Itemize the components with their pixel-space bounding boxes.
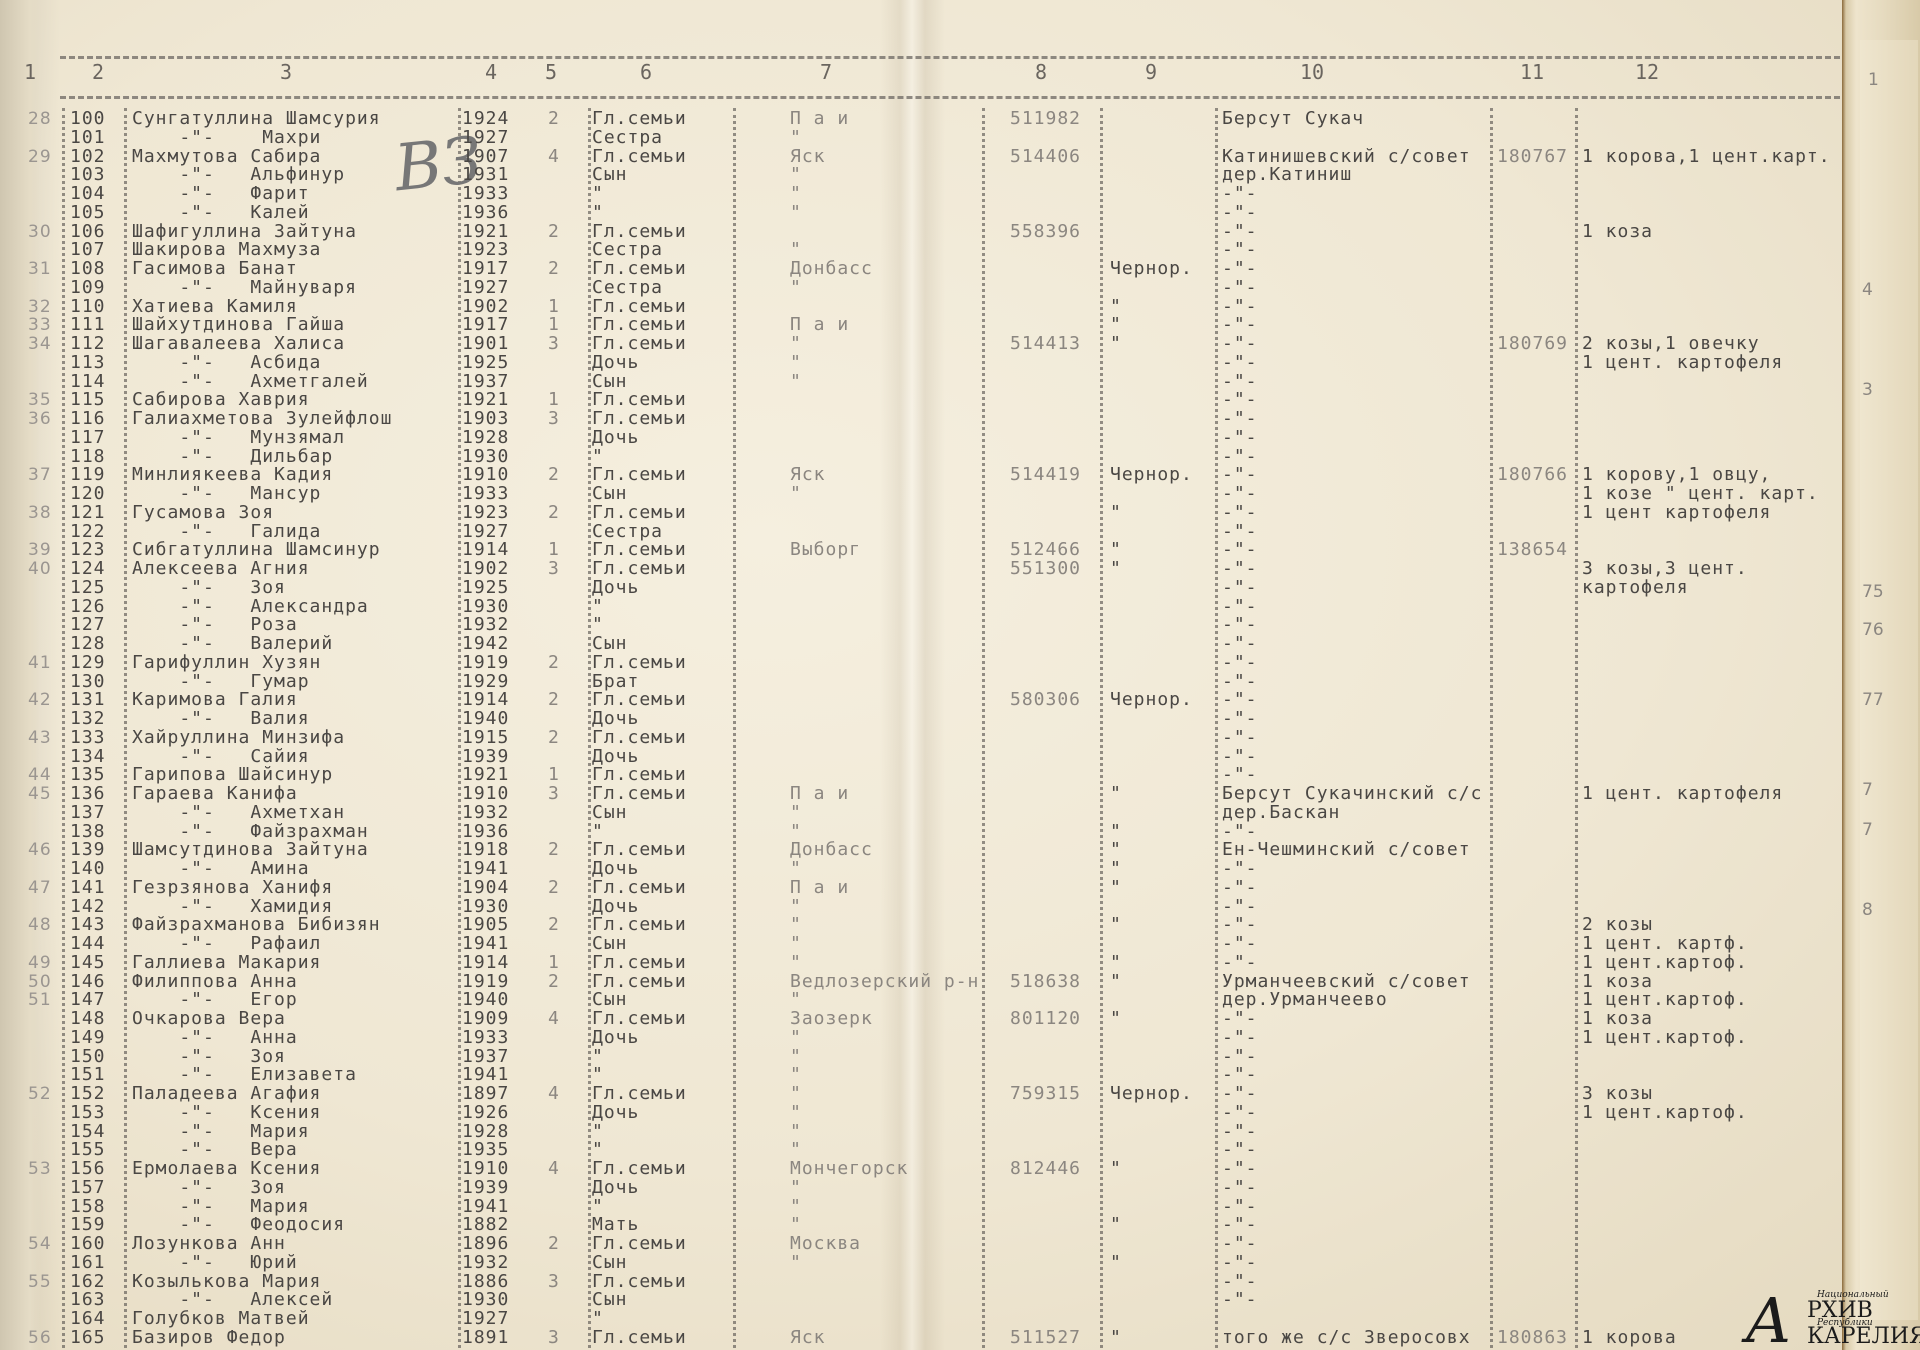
family-size: 4 <box>548 1160 560 1178</box>
secondary-place: " <box>1110 879 1122 897</box>
birth-year: 1914 <box>462 954 509 972</box>
margin-number: 7 <box>1862 780 1873 800</box>
birth-year: 1930 <box>462 898 509 916</box>
birth-year: 1923 <box>462 241 509 259</box>
family-number: 32 <box>28 298 52 316</box>
livestock-note: 2 козы <box>1582 916 1653 934</box>
family-status: " <box>592 1310 604 1328</box>
person-name: Гезрзянова Ханифя <box>132 879 333 897</box>
document-number: 551300 <box>1010 560 1081 578</box>
origin-place: Ведлозерский р-н <box>790 973 979 991</box>
row-number: 135 <box>70 766 106 784</box>
row-number: 103 <box>70 166 106 184</box>
person-name: -"- Ксения <box>132 1104 321 1122</box>
person-name: -"- Ахметхан <box>132 804 345 822</box>
village-soviet: дер.Баскан <box>1222 804 1340 822</box>
person-name: Лозункова Анн <box>132 1235 286 1253</box>
family-status: Дочь <box>592 1029 639 1047</box>
family-status: " <box>592 448 604 466</box>
family-number: 39 <box>28 541 52 559</box>
family-size: 4 <box>548 1085 560 1103</box>
person-name: -"- Юрий <box>132 1254 298 1272</box>
family-number: 40 <box>28 560 52 578</box>
origin-place: " <box>790 204 802 222</box>
village-soviet: Урманчеевский с/совет <box>1222 973 1471 991</box>
village-soviet: -"- <box>1222 504 1258 522</box>
family-status: Дочь <box>592 710 639 728</box>
row-number: 100 <box>70 110 106 128</box>
table-row: 56165Базиров Федор18913Гл.семьиЯск511527… <box>0 1329 1840 1348</box>
document-number: 580306 <box>1010 691 1081 709</box>
birth-year: 1919 <box>462 654 509 672</box>
table-row: 101 -"- Махри1927Сестра" <box>0 129 1840 148</box>
family-status: Дочь <box>592 429 639 447</box>
row-number: 141 <box>70 879 106 897</box>
family-status: " <box>592 1066 604 1084</box>
receipt-number: 138654 <box>1497 541 1568 559</box>
row-number: 115 <box>70 391 106 409</box>
family-status: Гл.семьи <box>592 1235 687 1253</box>
birth-year: 1927 <box>462 129 509 147</box>
family-size: 3 <box>548 785 560 803</box>
birth-year: 1904 <box>462 879 509 897</box>
origin-place: " <box>790 1066 802 1084</box>
birth-year: 1914 <box>462 691 509 709</box>
village-soviet: -"- <box>1222 954 1258 972</box>
family-size: 3 <box>548 1273 560 1291</box>
row-number: 140 <box>70 860 106 878</box>
row-number: 164 <box>70 1310 106 1328</box>
birth-year: 1926 <box>462 1104 509 1122</box>
livestock-note: 1 корову,1 овцу, <box>1582 466 1771 484</box>
family-number: 42 <box>28 691 52 709</box>
row-number: 159 <box>70 1216 106 1234</box>
secondary-place: " <box>1110 504 1122 522</box>
header-bottom-rule <box>60 96 1840 99</box>
archive-stamp-logo: А Национальный РХИВ Республики КАРЕЛИЯ <box>1745 1290 1915 1348</box>
family-status: Гл.семьи <box>592 654 687 672</box>
family-size: 2 <box>548 841 560 859</box>
person-name: -"- Дильбар <box>132 448 333 466</box>
village-soviet: -"- <box>1222 410 1258 428</box>
birth-year: 1921 <box>462 391 509 409</box>
column-header: 12 <box>1635 60 1659 84</box>
village-soviet: -"- <box>1222 1066 1258 1084</box>
birth-year: 1914 <box>462 541 509 559</box>
family-size: 3 <box>548 560 560 578</box>
village-soviet: -"- <box>1222 279 1258 297</box>
birth-year: 1927 <box>462 279 509 297</box>
birth-year: 1930 <box>462 448 509 466</box>
birth-year: 1940 <box>462 991 509 1009</box>
person-name: Каримова Галия <box>132 691 298 709</box>
family-size: 1 <box>548 766 560 784</box>
village-soviet: -"- <box>1222 1198 1258 1216</box>
origin-place: П а и <box>790 785 849 803</box>
person-name: -"- Ахметгалей <box>132 373 369 391</box>
family-size: 1 <box>548 316 560 334</box>
row-number: 162 <box>70 1273 106 1291</box>
village-soviet: -"- <box>1222 1235 1258 1253</box>
village-soviet: -"- <box>1222 579 1258 597</box>
birth-year: 1941 <box>462 935 509 953</box>
birth-year: 1931 <box>462 166 509 184</box>
village-soviet: -"- <box>1222 935 1258 953</box>
family-size: 2 <box>548 691 560 709</box>
table-row: 38121Гусамова Зоя19232Гл.семьи"-"-1 цент… <box>0 504 1840 523</box>
origin-place: Москва <box>790 1235 861 1253</box>
family-size: 2 <box>548 729 560 747</box>
person-name: -"- Елизавета <box>132 1066 357 1084</box>
birth-year: 1918 <box>462 841 509 859</box>
row-number: 157 <box>70 1179 106 1197</box>
person-name: -"- Фарит <box>132 185 310 203</box>
row-number: 104 <box>70 185 106 203</box>
family-size: 2 <box>548 1235 560 1253</box>
person-name: -"- Хамидия <box>132 898 333 916</box>
family-status: Гл.семьи <box>592 879 687 897</box>
person-name: Сунгатуллина Шамсурия <box>132 110 381 128</box>
family-number: 31 <box>28 260 52 278</box>
family-status: Гл.семьи <box>592 1010 687 1028</box>
family-status: Дочь <box>592 748 639 766</box>
birth-year: 1928 <box>462 429 509 447</box>
birth-year: 1930 <box>462 598 509 616</box>
stamp-initial: А <box>1745 1284 1792 1350</box>
secondary-place: " <box>1110 954 1122 972</box>
row-number: 139 <box>70 841 106 859</box>
origin-place: " <box>790 185 802 203</box>
origin-place: П а и <box>790 316 849 334</box>
birth-year: 1886 <box>462 1273 509 1291</box>
family-number: 52 <box>28 1085 52 1103</box>
row-number: 154 <box>70 1123 106 1141</box>
family-status: Сестра <box>592 241 663 259</box>
family-status: Гл.семьи <box>592 729 687 747</box>
family-number: 41 <box>28 654 52 672</box>
family-size: 2 <box>548 654 560 672</box>
underlying-page-strip <box>1860 40 1918 1320</box>
person-name: Галлиева Макария <box>132 954 321 972</box>
village-soviet: -"- <box>1222 1141 1258 1159</box>
family-status: " <box>592 1198 604 1216</box>
birth-year: 1917 <box>462 260 509 278</box>
origin-place: " <box>790 1141 802 1159</box>
family-number: 30 <box>28 223 52 241</box>
row-number: 136 <box>70 785 106 803</box>
livestock-note: 1 козе " цент. карт. <box>1582 485 1819 503</box>
origin-place: Яск <box>790 148 826 166</box>
village-soviet: -"- <box>1222 223 1258 241</box>
person-name: Филиппова Анна <box>132 973 298 991</box>
village-soviet: Катинишевский с/совет <box>1222 148 1471 166</box>
family-status: Гл.семьи <box>592 916 687 934</box>
livestock-note: 1 коза <box>1582 223 1653 241</box>
column-header: 5 <box>545 60 557 84</box>
row-number: 150 <box>70 1048 106 1066</box>
village-soviet: -"- <box>1222 1254 1258 1272</box>
column-header: 8 <box>1035 60 1047 84</box>
row-number: 118 <box>70 448 106 466</box>
birth-year: 1935 <box>462 1141 509 1159</box>
family-status: Дочь <box>592 354 639 372</box>
livestock-note: 3 козы <box>1582 1085 1653 1103</box>
family-status: Сын <box>592 804 628 822</box>
village-soviet: -"- <box>1222 673 1258 691</box>
family-status: " <box>592 616 604 634</box>
document-number: 759315 <box>1010 1085 1081 1103</box>
column-header: 9 <box>1145 60 1157 84</box>
family-number: 47 <box>28 879 52 897</box>
village-soviet: -"- <box>1222 391 1258 409</box>
origin-place: Донбасс <box>790 260 873 278</box>
person-name: Алексеева Агния <box>132 560 310 578</box>
birth-year: 1915 <box>462 729 509 747</box>
birth-year: 1939 <box>462 1179 509 1197</box>
origin-place: " <box>790 1123 802 1141</box>
row-number: 158 <box>70 1198 106 1216</box>
person-name: Очкарова Вера <box>132 1010 286 1028</box>
livestock-note: 1 цент картофеля <box>1582 504 1771 522</box>
person-name: Голубков Матвей <box>132 1310 310 1328</box>
margin-number: 76 <box>1862 620 1884 640</box>
header-top-rule <box>60 56 1840 59</box>
family-status: Гл.семьи <box>592 1085 687 1103</box>
person-name: -"- Альфинур <box>132 166 345 184</box>
person-name: -"- Калей <box>132 204 310 222</box>
livestock-note: 1 цент.картоф. <box>1582 954 1748 972</box>
person-name: -"- Роза <box>132 616 298 634</box>
family-number: 53 <box>28 1160 52 1178</box>
village-soviet: -"- <box>1222 1273 1258 1291</box>
livestock-note: 1 корова <box>1582 1329 1677 1347</box>
family-number: 54 <box>28 1235 52 1253</box>
family-number: 55 <box>28 1273 52 1291</box>
birth-year: 1917 <box>462 316 509 334</box>
family-size: 2 <box>548 504 560 522</box>
livestock-note: 1 корова,1 цент.карт. <box>1582 148 1831 166</box>
family-status: Дочь <box>592 898 639 916</box>
person-name: -"- Амина <box>132 860 310 878</box>
family-status: " <box>592 1141 604 1159</box>
birth-year: 1941 <box>462 1198 509 1216</box>
origin-place: " <box>790 354 802 372</box>
person-name: -"- Зоя <box>132 1179 286 1197</box>
family-status: Гл.семьи <box>592 298 687 316</box>
origin-place: " <box>790 1104 802 1122</box>
birth-year: 1901 <box>462 335 509 353</box>
birth-year: 1937 <box>462 1048 509 1066</box>
family-status: Гл.семьи <box>592 335 687 353</box>
family-status: Гл.семьи <box>592 766 687 784</box>
livestock-note: 1 коза <box>1582 1010 1653 1028</box>
family-status: Гл.семьи <box>592 148 687 166</box>
village-soviet: -"- <box>1222 354 1258 372</box>
table-row: 49145Галлиева Макария19141Гл.семьи""-"-1… <box>0 954 1840 973</box>
family-status: Гл.семьи <box>592 841 687 859</box>
secondary-place: " <box>1110 823 1122 841</box>
birth-year: 1902 <box>462 560 509 578</box>
column-header: 3 <box>280 60 292 84</box>
village-soviet: -"- <box>1222 616 1258 634</box>
birth-year: 1882 <box>462 1216 509 1234</box>
secondary-place: " <box>1110 316 1122 334</box>
birth-year: 1933 <box>462 485 509 503</box>
secondary-place: " <box>1110 298 1122 316</box>
person-name: -"- Гумар <box>132 673 310 691</box>
village-soviet: -"- <box>1222 1123 1258 1141</box>
family-size: 1 <box>548 391 560 409</box>
person-name: -"- Алексей <box>132 1291 333 1309</box>
secondary-place: " <box>1110 860 1122 878</box>
origin-place: " <box>790 935 802 953</box>
family-status: Гл.семьи <box>592 691 687 709</box>
row-number: 138 <box>70 823 106 841</box>
family-status: Дочь <box>592 860 639 878</box>
table-row: 47141Гезрзянова Ханифя19042Гл.семьиП а и… <box>0 879 1840 898</box>
origin-place: " <box>790 166 802 184</box>
row-number: 160 <box>70 1235 106 1253</box>
person-name: -"- Мария <box>132 1123 310 1141</box>
stamp-line: КАРЕЛИЯ <box>1807 1324 1920 1349</box>
birth-year: 1939 <box>462 748 509 766</box>
margin-number: 77 <box>1862 690 1884 710</box>
table-row: 41129Гарифуллин Хузян19192Гл.семьи-"- <box>0 654 1840 673</box>
family-number: 29 <box>28 148 52 166</box>
birth-year: 1932 <box>462 1254 509 1272</box>
family-status: Гл.семьи <box>592 504 687 522</box>
table-row: 161 -"- Юрий1932Сын""-"- <box>0 1254 1840 1273</box>
birth-year: 1905 <box>462 916 509 934</box>
origin-place: " <box>790 1085 802 1103</box>
table-row: 137 -"- Ахметхан1932Сын"дер.Баскан <box>0 804 1840 823</box>
livestock-note: 3 козы,3 цент. <box>1582 560 1748 578</box>
row-number: 107 <box>70 241 106 259</box>
row-number: 112 <box>70 335 106 353</box>
person-name: -"- Валерий <box>132 635 333 653</box>
secondary-place: Чернор. <box>1110 466 1193 484</box>
village-soviet: -"- <box>1222 654 1258 672</box>
birth-year: 1927 <box>462 523 509 541</box>
row-number: 145 <box>70 954 106 972</box>
family-number: 48 <box>28 916 52 934</box>
row-number: 108 <box>70 260 106 278</box>
person-name: -"- Мансур <box>132 485 321 503</box>
livestock-note: 1 цент.картоф. <box>1582 991 1748 1009</box>
secondary-place: " <box>1110 841 1122 859</box>
row-number: 128 <box>70 635 106 653</box>
table-row: 149 -"- Анна1933Дочь"-"-1 цент.картоф. <box>0 1029 1840 1048</box>
family-status: " <box>592 823 604 841</box>
livestock-note: 1 цент. картофеля <box>1582 354 1783 372</box>
village-soviet: -"- <box>1222 523 1258 541</box>
family-status: Сын <box>592 991 628 1009</box>
document-number: 512466 <box>1010 541 1081 559</box>
secondary-place: " <box>1110 541 1122 559</box>
secondary-place: Чернор. <box>1110 691 1193 709</box>
birth-year: 1923 <box>462 504 509 522</box>
village-soviet: -"- <box>1222 710 1258 728</box>
origin-place: " <box>790 373 802 391</box>
row-number: 121 <box>70 504 106 522</box>
family-size: 4 <box>548 1010 560 1028</box>
village-soviet: -"- <box>1222 748 1258 766</box>
family-size: 2 <box>548 916 560 934</box>
family-status: Гл.семьи <box>592 785 687 803</box>
birth-year: 1941 <box>462 1066 509 1084</box>
origin-place: " <box>790 1029 802 1047</box>
margin-number: 8 <box>1862 900 1873 920</box>
village-soviet: Берсут Сукачинский с/с <box>1222 785 1482 803</box>
table-row: 125 -"- Зоя1925Дочь-"-картофеля <box>0 579 1840 598</box>
row-number: 153 <box>70 1104 106 1122</box>
row-number: 148 <box>70 1010 106 1028</box>
row-number: 126 <box>70 598 106 616</box>
family-status: Гл.семьи <box>592 954 687 972</box>
family-size: 2 <box>548 973 560 991</box>
birth-year: 1921 <box>462 766 509 784</box>
margin-number: 1 <box>1868 70 1879 90</box>
village-soviet: -"- <box>1222 541 1258 559</box>
family-status: Сестра <box>592 279 663 297</box>
person-name: -"- Мунзямал <box>132 429 345 447</box>
person-name: Козыльковa Мария <box>132 1273 321 1291</box>
origin-place: " <box>790 1198 802 1216</box>
secondary-place: Черноp. <box>1110 260 1193 278</box>
village-soviet: -"- <box>1222 766 1258 784</box>
document-sheet: 1 2 3 4 5 6 7 8 9 10 11 12 ВЗ 28100Сунга… <box>0 0 1920 1350</box>
origin-place: " <box>790 485 802 503</box>
family-status: " <box>592 204 604 222</box>
birth-year: 1909 <box>462 1010 509 1028</box>
village-soviet: -"- <box>1222 298 1258 316</box>
row-number: 106 <box>70 223 106 241</box>
row-number: 117 <box>70 429 106 447</box>
family-status: Сын <box>592 485 628 503</box>
person-name: Паладеева Агафия <box>132 1085 321 1103</box>
livestock-note: 1 цент.картоф. <box>1582 1029 1748 1047</box>
origin-place: Заозерк <box>790 1010 873 1028</box>
secondary-place: " <box>1110 916 1122 934</box>
row-number: 165 <box>70 1329 106 1347</box>
person-name: -"- Вера <box>132 1141 298 1159</box>
person-name: Шафигуллина Зайтуна <box>132 223 357 241</box>
margin-number: 3 <box>1862 380 1873 400</box>
family-size: 3 <box>548 335 560 353</box>
family-size: 2 <box>548 260 560 278</box>
family-status: Гл.семьи <box>592 1329 687 1347</box>
village-soviet: -"- <box>1222 466 1258 484</box>
person-name: Минлиякеева Кадия <box>132 466 333 484</box>
receipt-number: 180766 <box>1497 466 1568 484</box>
village-soviet: -"- <box>1222 335 1258 353</box>
birth-year: 1910 <box>462 785 509 803</box>
village-soviet: -"- <box>1222 448 1258 466</box>
village-soviet: Ен-Чешминский с/совет <box>1222 841 1471 859</box>
family-status: Брат <box>592 673 639 691</box>
row-number: 147 <box>70 991 106 1009</box>
village-soviet: -"- <box>1222 635 1258 653</box>
receipt-number: 180769 <box>1497 335 1568 353</box>
origin-place: П а и <box>790 879 849 897</box>
origin-place: " <box>790 279 802 297</box>
family-number: 37 <box>28 466 52 484</box>
person-name: Хайруллина Минзифа <box>132 729 345 747</box>
row-number: 163 <box>70 1291 106 1309</box>
family-status: Гл.семьи <box>592 391 687 409</box>
person-name: -"- Файзрахман <box>132 823 369 841</box>
family-status: Гл.семьи <box>592 1160 687 1178</box>
